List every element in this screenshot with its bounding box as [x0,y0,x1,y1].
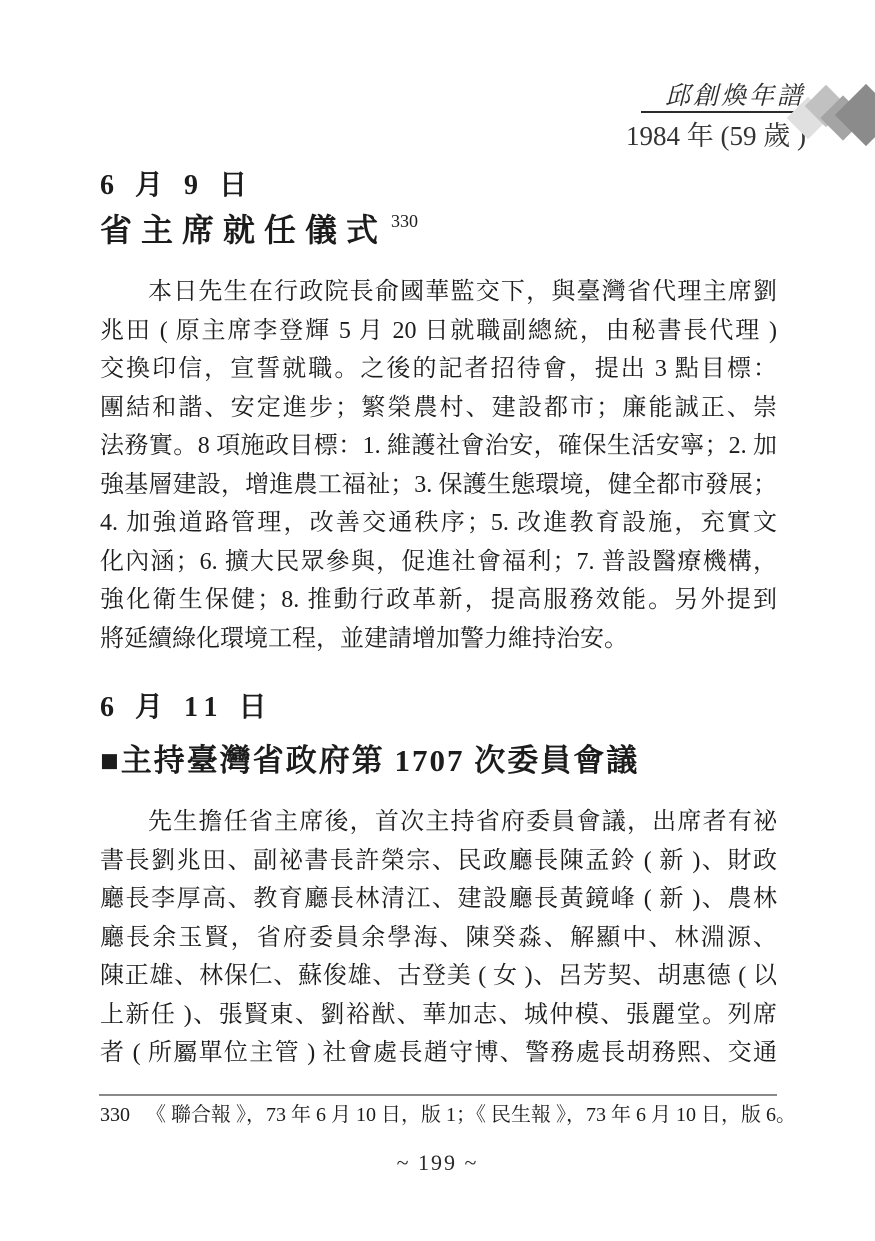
body-line: 上新任 )、張賢東、劉裕猷、華加志、城仲模、張麗堂。列席 [100,996,777,1035]
body-line: 交換印信，宣誓就職。之後的記者招待會，提出 3 點目標： [100,350,777,389]
body-line: 團結和諧、安定進步；繁榮農村、建設都市；廉能誠正、崇 [100,389,777,428]
body-line: 將延續綠化環境工程，並建請增加警力維持治安。 [100,620,777,659]
section-title-heading: ■主持臺灣省政府第 1707 次委員會議 [100,735,639,780]
book-page: 邱創煥年譜 1984 年 (59 歲 ) 6 月 9 日 省主席就任儀式330 … [0,0,875,1241]
header-decoration [775,78,875,162]
body-line: 4. 加強道路管理，改善交通秩序；5. 改進教育設施，充實文 [100,504,777,543]
page-number: ~ 199 ~ [0,1150,875,1176]
body-line: 強基層建設，增進農工福祉；3. 保護生態環境，健全都市發展； [100,466,777,505]
section-title-heading: 省主席就任儀式330 [100,205,418,251]
body-line: 化內涵；6. 擴大民眾參與，促進社會福利；7. 普設醫療機構， [100,543,777,582]
footnote-text: 《 聯合報 》，73 年 6 月 10 日，版 1；《 民生報 》，73 年 6… [146,1104,796,1126]
section-date-heading: 6 月 9 日 [100,163,254,203]
square-bullet-icon: ■ [100,743,119,778]
section-title-text: 主持臺灣省政府第 1707 次委員會議 [121,743,640,778]
footnote-rule [99,1094,777,1096]
body-line: 強化衛生保健；8. 推動行政革新，提高服務效能。另外提到 [100,581,777,620]
body-line: 法務實。8 項施政目標：1. 維護社會治安，確保生活安寧；2. 加 [100,427,777,466]
paragraph: 本日先生在行政院長俞國華監交下，與臺灣省代理主席劉 兆田 ( 原主席李登輝 5 … [100,273,777,658]
footnote-reference: 330 [391,211,418,231]
footnote: 330《 聯合報 》，73 年 6 月 10 日，版 1；《 民生報 》，73 … [100,1101,777,1129]
body-line: 本日先生在行政院長俞國華監交下，與臺灣省代理主席劉 [100,273,777,312]
section-title-text: 省主席就任儀式 [100,212,387,248]
paragraph: 先生擔任省主席後，首次主持省府委員會議，出席者有祕 書長劉兆田、副祕書長許榮宗、… [100,803,777,1073]
body-line: 書長劉兆田、副祕書長許榮宗、民政廳長陳孟鈴 ( 新 )、財政 [100,842,777,881]
body-line: 廳長余玉賢，省府委員余學海、陳癸淼、解顯中、林淵源、 [100,919,777,958]
body-line: 陳正雄、林保仁、蘇俊雄、古登美 ( 女 )、呂芳契、胡惠德 ( 以 [100,957,777,996]
body-line: 廳長李厚高、教育廳長林清江、建設廳長黃鏡峰 ( 新 )、農林 [100,880,777,919]
body-line: 先生擔任省主席後，首次主持省府委員會議，出席者有祕 [100,803,777,842]
section-date-heading: 6 月 11 日 [100,685,273,725]
body-line: 兆田 ( 原主席李登輝 5 月 20 日就職副總統，由秘書長代理 ) [100,312,777,351]
footnote-number: 330 [100,1104,130,1126]
body-line: 者 ( 所屬單位主管 ) 社會處長趙守博、警務處長胡務熙、交通 [100,1034,777,1073]
